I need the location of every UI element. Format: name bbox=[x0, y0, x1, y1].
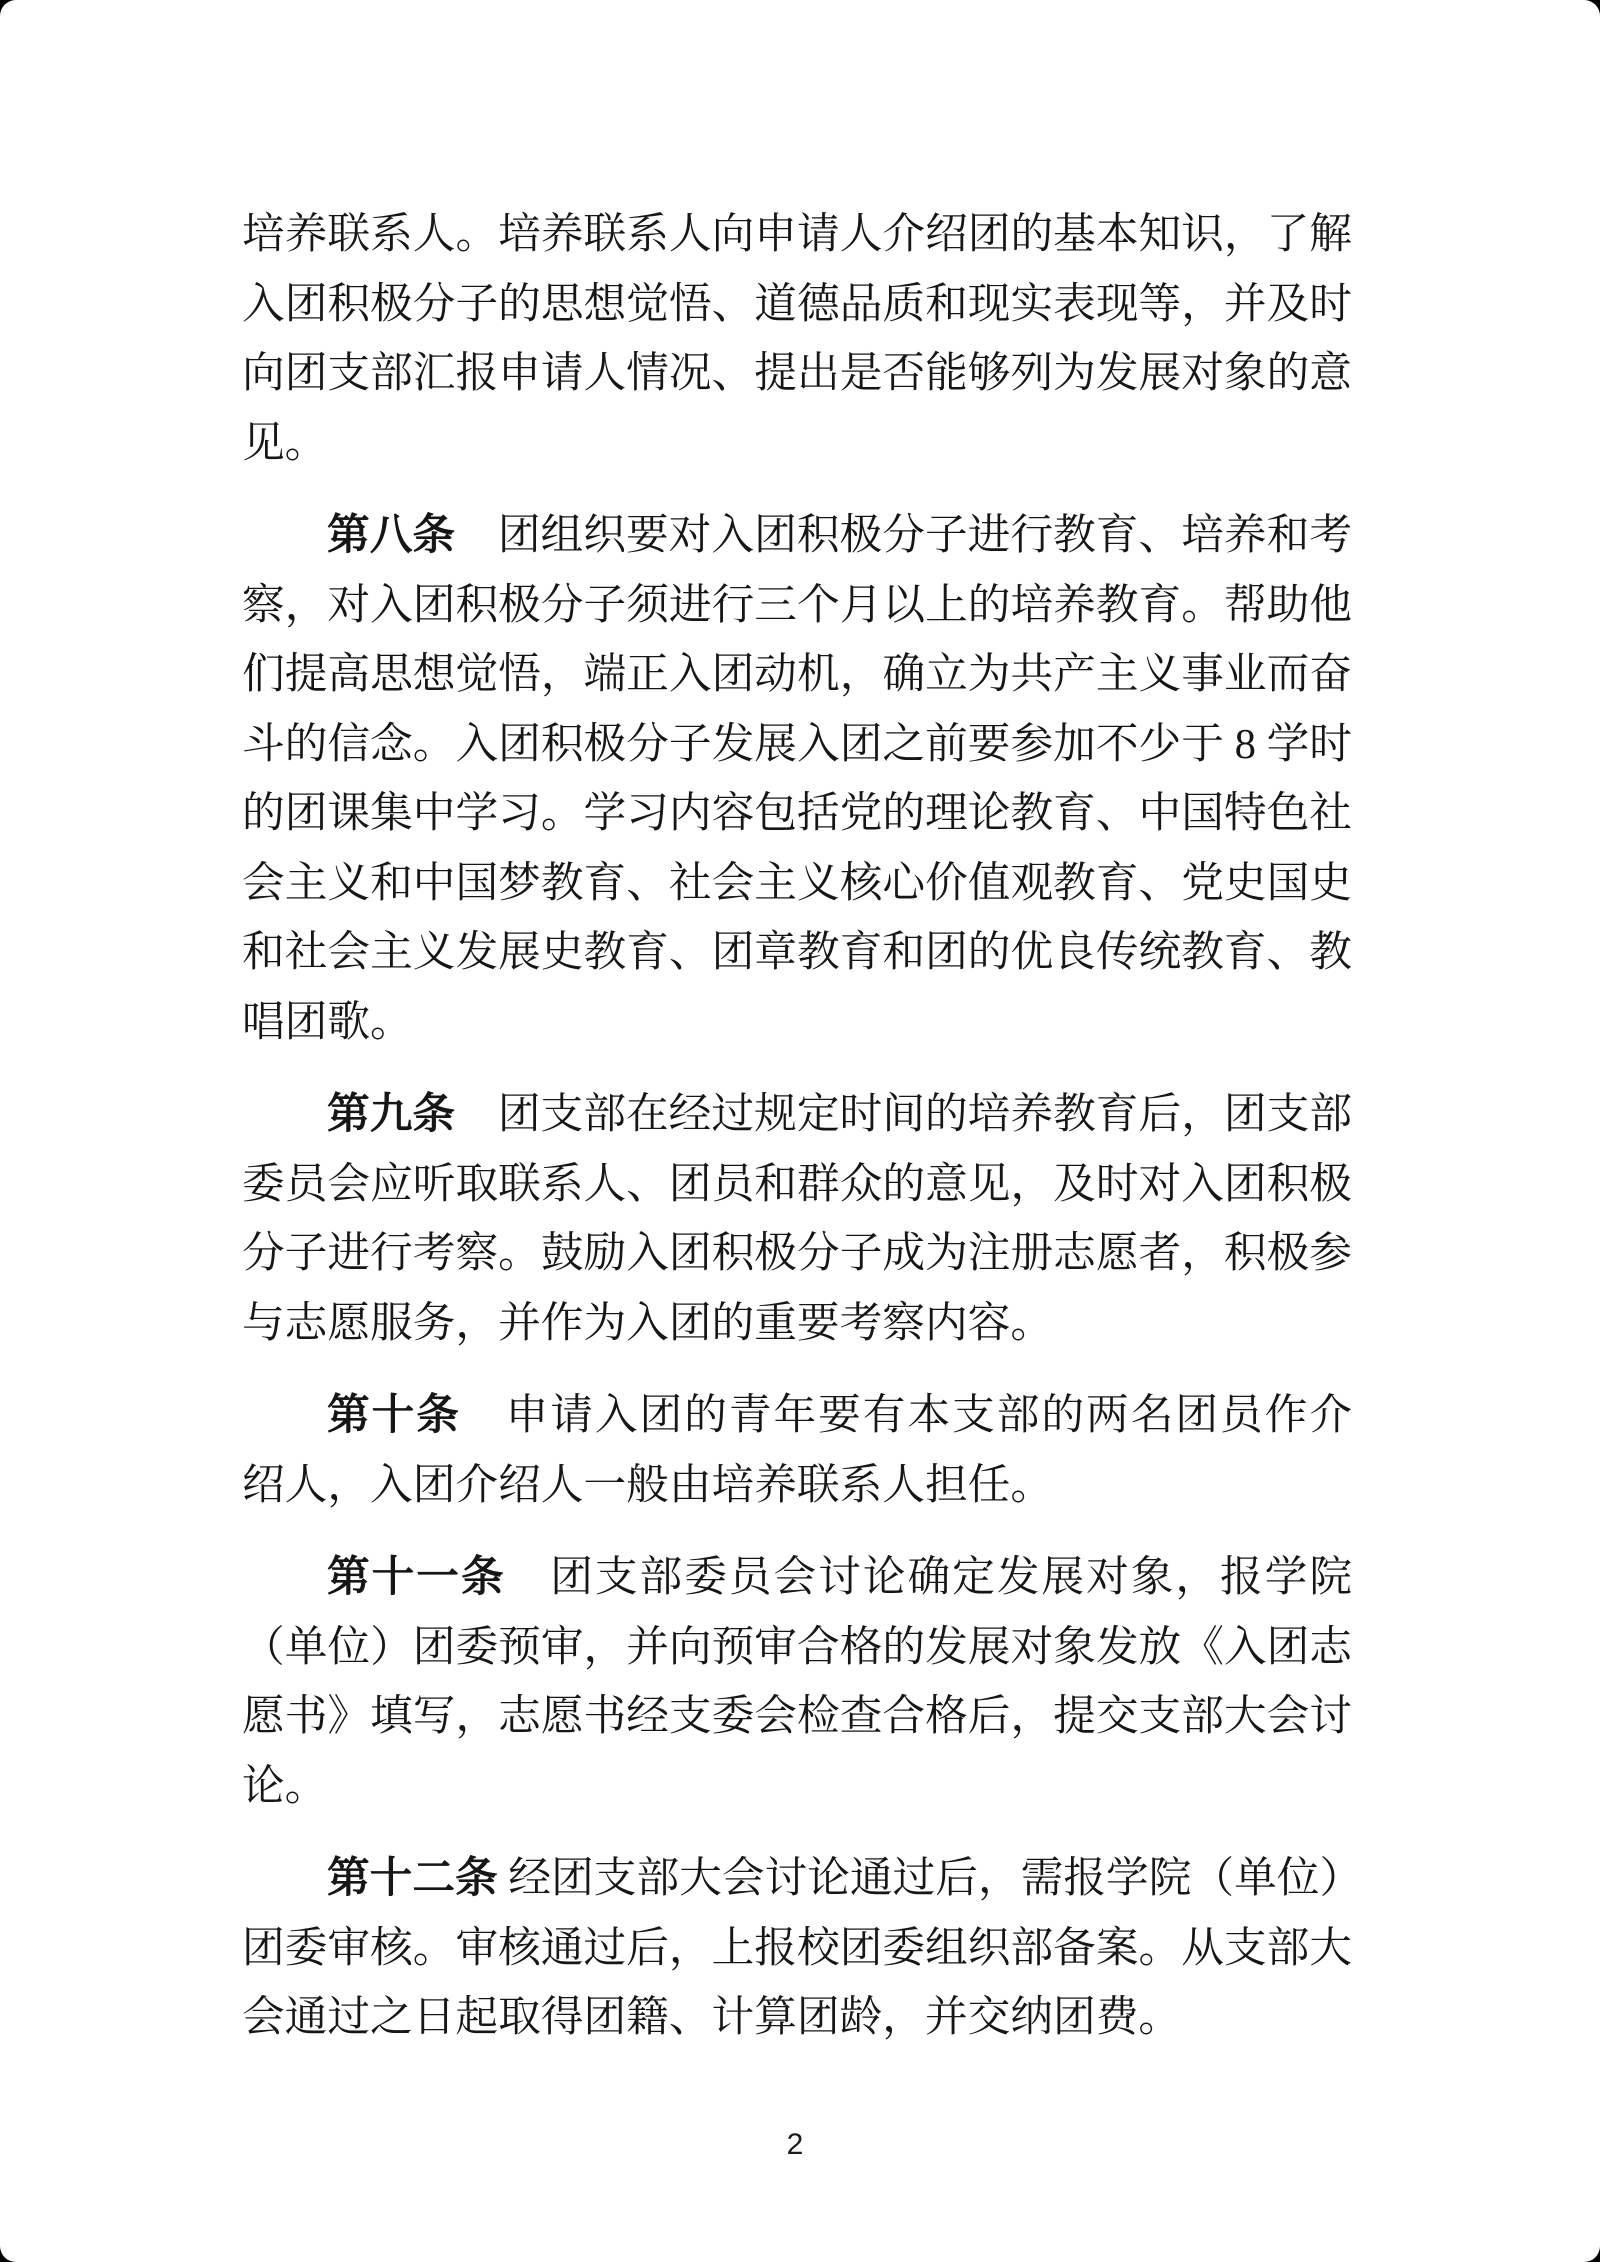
text-line: 委员会应听取联系人、团员和群众的意见，及时对入团积极 bbox=[242, 1150, 1352, 1220]
text-line: 察，对入团积极分子须进行三个月以上的培养教育。帮助他 bbox=[242, 571, 1352, 641]
text-line: 入团积极分子的思想觉悟、道德品质和现实表现等，并及时 bbox=[242, 270, 1352, 340]
text-line: 论。 bbox=[242, 1752, 1352, 1822]
text-line: 和社会主义发展史教育、团章教育和团的优良传统教育、教 bbox=[242, 918, 1352, 988]
text-line: 唱团歌。 bbox=[242, 988, 1352, 1058]
article-number: 第八条 bbox=[327, 512, 455, 559]
article-number: 第九条 bbox=[327, 1091, 455, 1138]
paragraph-article-8: 第八条 团组织要对入团积极分子进行教育、培养和考察，对入团积极分子须进行三个月以… bbox=[242, 501, 1352, 1057]
document-page: 培养联系人。培养联系人向申请人介绍团的基本知识，了解入团积极分子的思想觉悟、道德… bbox=[0, 0, 1600, 2262]
text-line: （单位）团委预审，并向预审合格的发展对象发放《入团志 bbox=[242, 1613, 1352, 1683]
text-line: 团委审核。审核通过后，上报校团委组织部备案。从支部大 bbox=[242, 1914, 1352, 1984]
paragraph-article-9: 第九条 团支部在经过规定时间的培养教育后，团支部委员会应听取联系人、团员和群众的… bbox=[242, 1080, 1352, 1358]
text-line: 第十一条 团支部委员会讨论确定发展对象，报学院 bbox=[242, 1543, 1352, 1613]
text-line: 分子进行考察。鼓励入团积极分子成为注册志愿者，积极参 bbox=[242, 1219, 1352, 1289]
text-line: 会主义和中国梦教育、社会主义核心价值观教育、党史国史 bbox=[242, 849, 1352, 919]
article-number: 第十二条 bbox=[327, 1855, 498, 1902]
text-line: 会通过之日起取得团籍、计算团龄，并交纳团费。 bbox=[242, 1983, 1352, 2053]
paragraph-article-11: 第十一条 团支部委员会讨论确定发展对象，报学院（单位）团委预审，并向预审合格的发… bbox=[242, 1543, 1352, 1821]
text-line: 第十条 申请入团的青年要有本支部的两名团员作介 bbox=[242, 1381, 1352, 1451]
text-line: 愿书》填写，志愿书经支委会检查合格后，提交支部大会讨 bbox=[242, 1682, 1352, 1752]
text-line: 第十二条 经团支部大会讨论通过后，需报学院（单位） bbox=[242, 1844, 1352, 1914]
article-number: 第十条 bbox=[327, 1392, 461, 1439]
text-line: 第九条 团支部在经过规定时间的培养教育后，团支部 bbox=[242, 1080, 1352, 1150]
text-line: 向团支部汇报申请人情况、提出是否能够列为发展对象的意 bbox=[242, 339, 1352, 409]
text-line: 培养联系人。培养联系人向申请人介绍团的基本知识，了解 bbox=[242, 200, 1352, 270]
text-line: 绍人，入团介绍人一般由培养联系人担任。 bbox=[242, 1451, 1352, 1521]
paragraph-continuation: 培养联系人。培养联系人向申请人介绍团的基本知识，了解入团积极分子的思想觉悟、道德… bbox=[242, 200, 1352, 478]
paragraph-article-10: 第十条 申请入团的青年要有本支部的两名团员作介绍人，入团介绍人一般由培养联系人担… bbox=[242, 1381, 1352, 1520]
page-number: 2 bbox=[0, 2122, 1590, 2168]
article-number: 第十一条 bbox=[327, 1554, 506, 1601]
text-line: 第八条 团组织要对入团积极分子进行教育、培养和考 bbox=[242, 501, 1352, 571]
text-line: 见。 bbox=[242, 409, 1352, 479]
text-line: 斗的信念。入团积极分子发展入团之前要参加不少于 8 学时 bbox=[242, 710, 1352, 780]
text-line: 与志愿服务，并作为入团的重要考察内容。 bbox=[242, 1289, 1352, 1359]
text-line: 的团课集中学习。学习内容包括党的理论教育、中国特色社 bbox=[242, 779, 1352, 849]
text-column: 培养联系人。培养联系人向申请人介绍团的基本知识，了解入团积极分子的思想觉悟、道德… bbox=[242, 200, 1352, 2053]
paragraph-article-12: 第十二条 经团支部大会讨论通过后，需报学院（单位）团委审核。审核通过后，上报校团… bbox=[242, 1844, 1352, 2053]
text-line: 们提高思想觉悟，端正入团动机，确立为共产主义事业而奋 bbox=[242, 640, 1352, 710]
